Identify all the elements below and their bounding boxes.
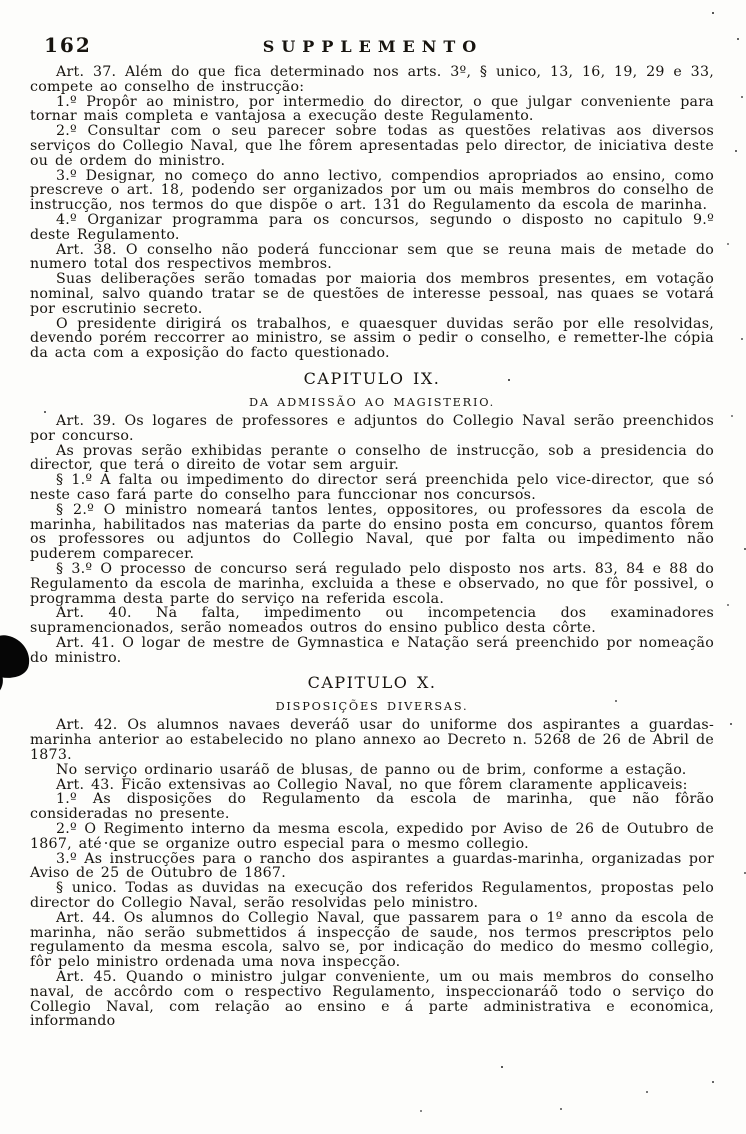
paragraph: 3.º As instrucções para o rancho dos asp… [30, 852, 714, 882]
paragraph: Art. 44. Os alumnos do Collegio Naval, q… [30, 911, 714, 970]
paragraph: § 2.º O ministro nomeará tantos lentes, … [30, 503, 714, 562]
paragraph: § 1.º A falta ou impedimento do director… [30, 473, 714, 503]
paragraph: Art. 42. Os alumnos navaes deveráõ usar … [30, 718, 714, 762]
paragraph: Art. 39. Os logares de professores e adj… [30, 414, 714, 444]
paragraph: Art. 37. Além do que fica determinado no… [30, 65, 714, 95]
chapter-subtitle: DISPOSIÇÕES DIVERSAS. [30, 700, 714, 713]
page-header: 162 SUPPLEMENTO [0, 0, 746, 58]
paragraph: Art. 40. Na falta, impedimento ou incomp… [30, 606, 714, 636]
paragraph: Art. 38. O conselho não poderá funcciona… [30, 243, 714, 273]
paragraph: 1.º As disposições do Regulamento da esc… [30, 792, 714, 822]
paragraph: 2.º Consultar com o seu parecer sobre to… [30, 124, 714, 168]
paragraph: No serviço ordinario usaráõ de blusas, d… [30, 763, 714, 778]
chapter-title: CAPITULO X. [30, 674, 714, 691]
scan-noise [0, 0, 2, 2]
paragraph: Art. 45. Quando o ministro julgar conven… [30, 970, 714, 1029]
paragraph: Suas deliberações serão tomadas por maio… [30, 272, 714, 316]
paragraph: § unico. Todas as duvidas na execução do… [30, 881, 714, 911]
paragraph: 3.º Designar, no começo do anno lectivo,… [30, 169, 714, 213]
paragraph: § 3.º O processo de concurso será regula… [30, 562, 714, 606]
page-title: SUPPLEMENTO [0, 36, 746, 58]
paragraph: 1.º Propôr ao ministro, por intermedio d… [30, 95, 714, 125]
paragraph: Art. 43. Ficão extensivas ao Collegio Na… [30, 778, 714, 793]
paragraph: 4.º Organizar programma para os concurso… [30, 213, 714, 243]
paragraph: Art. 41. O logar de mestre de Gymnastica… [30, 636, 714, 666]
document-body: Art. 37. Além do que fica determinado no… [30, 65, 714, 1029]
ink-stain [0, 632, 34, 683]
chapter-heading: CAPITULO IX.DA ADMISSÃO AO MAGISTERIO. [30, 370, 714, 409]
chapter-heading: CAPITULO X.DISPOSIÇÕES DIVERSAS. [30, 674, 714, 713]
paragraph: O presidente dirigirá os trabalhos, e qu… [30, 317, 714, 361]
page-number: 162 [44, 33, 92, 57]
paragraph: As provas serão exhibidas perante o cons… [30, 444, 714, 474]
chapter-subtitle: DA ADMISSÃO AO MAGISTERIO. [30, 396, 714, 409]
chapter-title: CAPITULO IX. [30, 370, 714, 387]
paragraph: 2.º O Regimento interno da mesma escola,… [30, 822, 714, 852]
document-page: 162 SUPPLEMENTO Art. 37. Além do que fic… [0, 0, 746, 1134]
